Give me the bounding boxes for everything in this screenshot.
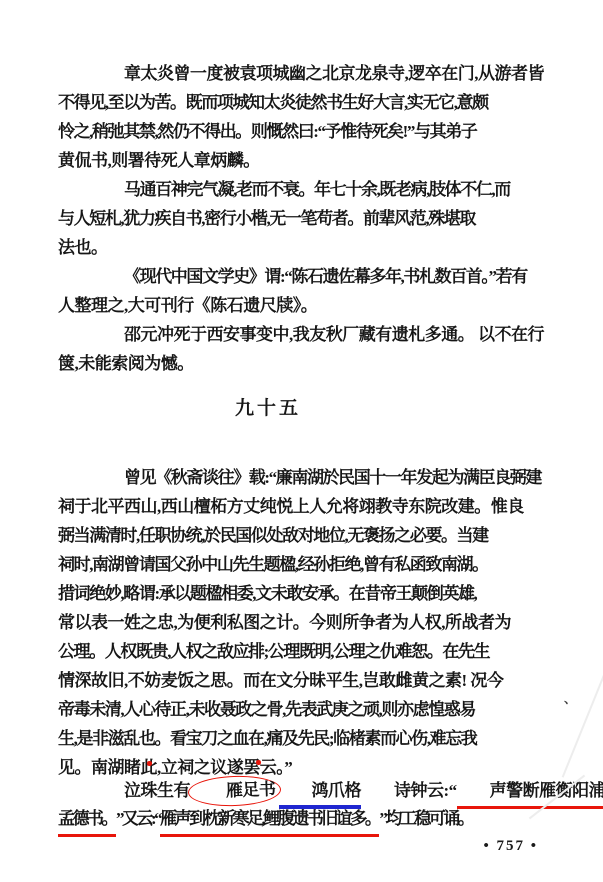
text-line: • 757 • (58, 837, 538, 857)
underline-red-annotation: 雁声到枕新寒足,鲤腹遗书旧谊多。 (160, 805, 379, 837)
text-segment: 诗钟云:“ (361, 777, 457, 804)
circle-red-annotation: 雁足书 (188, 774, 281, 807)
text-line: 情深故旧,不妨麦饭之思。而在文分昧平生,岂敢雌黄之素! 况今 (58, 667, 603, 696)
text-segment: 邵元冲死于西安事变中,我友秋厂藏有遗札多通。 以不在行 (91, 321, 544, 348)
text-segment: 情深故旧,不妨麦饭之思。而在文分昧平生,岂敢雌黄之素! 况今 (58, 667, 503, 694)
text-line: 《现代中国文学史》谓:“陈石遗佐幕多年,书札数百首。”若有 (58, 263, 603, 292)
text-segment: 九十五 (235, 393, 301, 425)
text-line: 九十五 (58, 393, 478, 429)
paragraph-ma-tongbai: 马通百神完气凝,老而不衰。年七十余,既老病,肢体不仁,而与人短札,犹力疾自书,密… (58, 176, 603, 263)
underline-red-annotation: 孟德书。 (58, 805, 116, 837)
text-line: 泣珠生有雁足书鸿爪格诗钟云:“声警断雁衡阳浦,足笑添蛇 (58, 776, 603, 805)
text-line: 邵元冲死于西安事变中,我友秋厂藏有遗札多通。 以不在行 (58, 321, 603, 350)
text-line: 不得见,至以为苦。既而项城知太炎徒然书生好大言,实无它,意颇 (58, 89, 603, 118)
text-segment: 马通百神完气凝,老而不衰。年七十余,既老病,肢体不仁,而 (91, 176, 510, 203)
text-line: 与人短札,犹力疾自书,密行小楷,无一笔苟者。前辈风范,殊堪取 (58, 205, 603, 234)
text-segment: 箧,未能索阅为憾。 (58, 350, 194, 377)
text-segment: 公理。人权既贵,人权之敌应排;公理既明,公理之仇难恕。在先生 (58, 638, 489, 665)
text-segment: ”又云:“ (116, 805, 160, 832)
text-line: 章太炎曾一度被袁项城幽之北京龙泉寺,逻卒在门,从游者皆 (58, 60, 603, 89)
text-segment: 生,是非滋乱也。看宝刀之血在,痛及先民;临楮素而心伤,难忘我 (58, 725, 476, 752)
paragraph-qiuzhai-tanwang: 曾见《秋斋谈往》载:“廉南湖於民国十一年发起为满臣良弼建祠于北平西山,西山檀柘方… (58, 464, 603, 783)
text-column: 章太炎曾一度被袁项城幽之北京龙泉寺,逻卒在门,从游者皆不得见,至以为苦。既而项城… (0, 0, 603, 857)
text-segment: 措词绝妙,略谓:承以题楹相委,文未敢安承。在昔帝王颠倒英雄, (58, 580, 476, 607)
text-segment: 怜之,稍弛其禁,然仍不得出。则慨然曰:“予惟待死矣!”与其弟子 (58, 118, 476, 145)
text-line: 黄侃书,则署待死人章炳麟。 (58, 147, 603, 176)
text-segment: 泣珠生有 (91, 777, 190, 804)
text-line: 常以表一姓之忠,为便利私图之计。今则所争者为人权,所战者为 (58, 609, 603, 638)
text-line: 祠于北平西山,西山檀柘方丈纯悦上人允将翊教寺东院改建。惟良 (58, 493, 603, 522)
text-segment: 《现代中国文学史》谓:“陈石遗佐幕多年,书札数百首。”若有 (91, 263, 527, 290)
text-segment: 曾见《秋斋谈往》载:“廉南湖於民国十一年发起为满臣良弼建 (91, 464, 541, 491)
text-segment: 不得见,至以为苦。既而项城知太炎徒然书生好大言,实无它,意颇 (58, 89, 488, 116)
text-segment: 与人短札,犹力疾自书,密行小楷,无一笔苟者。前辈风范,殊堪取 (58, 205, 475, 232)
text-segment: 黄侃书,则署待死人章炳麟。 (58, 147, 260, 174)
text-segment: 常以表一姓之忠,为便利私图之计。今则所争者为人权,所战者为 (58, 609, 511, 636)
text-segment: • 757 • (483, 837, 538, 855)
text-segment: 帝毒未清,人心待正,未收聂政之骨,先表武庚之顽,则亦虑惶惑易 (58, 696, 475, 723)
text-line: 人整理之,大可刊行《陈石遗尺牍》。 (58, 292, 603, 321)
text-segment: ”均工稳可诵。 (379, 805, 472, 832)
text-segment: 章太炎曾一度被袁项城幽之北京龙泉寺,逻卒在门,从游者皆 (91, 60, 544, 87)
paragraph-chen-shiyi: 《现代中国文学史》谓:“陈石遗佐幕多年,书札数百首。”若有人整理之,大可刊行《陈… (58, 263, 603, 321)
section-heading: 九十五 (58, 393, 478, 429)
text-line: 马通百神完气凝,老而不衰。年七十余,既老病,肢体不仁,而 (58, 176, 603, 205)
text-line: 公理。人权既贵,人权之敌应排;公理既明,公理之仇难恕。在先生 (58, 638, 603, 667)
text-line: 孟德书。”又云:“雁声到枕新寒足,鲤腹遗书旧谊多。”均工稳可诵。 (58, 805, 603, 834)
text-line: 帝毒未清,人心待正,未收聂政之骨,先表武庚之顽,则亦虑惶惑易 (58, 696, 603, 725)
text-line: 法也。 (58, 234, 603, 263)
text-line: 弼当满清时,任职协统,於民国似处敌对地位,无褒扬之必要。当建 (58, 522, 603, 551)
text-segment: 弼当满清时,任职协统,於民国似处敌对地位,无褒扬之必要。当建 (58, 522, 488, 549)
text-segment: 法也。 (58, 234, 108, 261)
paragraph-shao-yuanchong: 邵元冲死于西安事变中,我友秋厂藏有遗札多通。 以不在行箧,未能索阅为憾。 (58, 321, 603, 379)
text-line: 祠时,南湖曾请国父孙中山先生题楹,经孙拒绝,曾有私函致南湖。 (58, 551, 603, 580)
text-segment: 人整理之,大可刊行《陈石遗尺牍》。 (58, 292, 317, 319)
page-number: • 757 • (58, 837, 538, 857)
paragraph-zhang-taiyan: 章太炎曾一度被袁项城幽之北京龙泉寺,逻卒在门,从游者皆不得见,至以为苦。既而项城… (58, 60, 603, 176)
paragraph-shizhong-annotated: 泣珠生有雁足书鸿爪格诗钟云:“声警断雁衡阳浦,足笑添蛇孟德书。”又云:“雁声到枕… (58, 776, 603, 834)
text-line: 箧,未能索阅为憾。 (58, 350, 603, 379)
text-line: 怜之,稍弛其禁,然仍不得出。则慨然曰:“予惟待死矣!”与其弟子 (58, 118, 603, 147)
text-line: 曾见《秋斋谈往》载:“廉南湖於民国十一年发起为满臣良弼建 (58, 464, 603, 493)
text-line: 生,是非滋乱也。看宝刀之血在,痛及先民;临楮素而心伤,难忘我 (58, 725, 603, 754)
text-segment: 祠于北平西山,西山檀柘方丈纯悦上人允将翊教寺东院改建。惟良 (58, 493, 524, 520)
text-line: 措词绝妙,略谓:承以题楹相委,文未敢安承。在昔帝王颠倒英雄, (58, 580, 603, 609)
underline-red-annotation: 声警断雁衡阳浦,足笑添蛇 (457, 777, 603, 809)
text-segment: 祠时,南湖曾请国父孙中山先生题楹,经孙拒绝,曾有私函致南湖。 (58, 551, 488, 578)
book-page: 章太炎曾一度被袁项城幽之北京龙泉寺,逻卒在门,从游者皆不得见,至以为苦。既而项城… (0, 0, 603, 882)
